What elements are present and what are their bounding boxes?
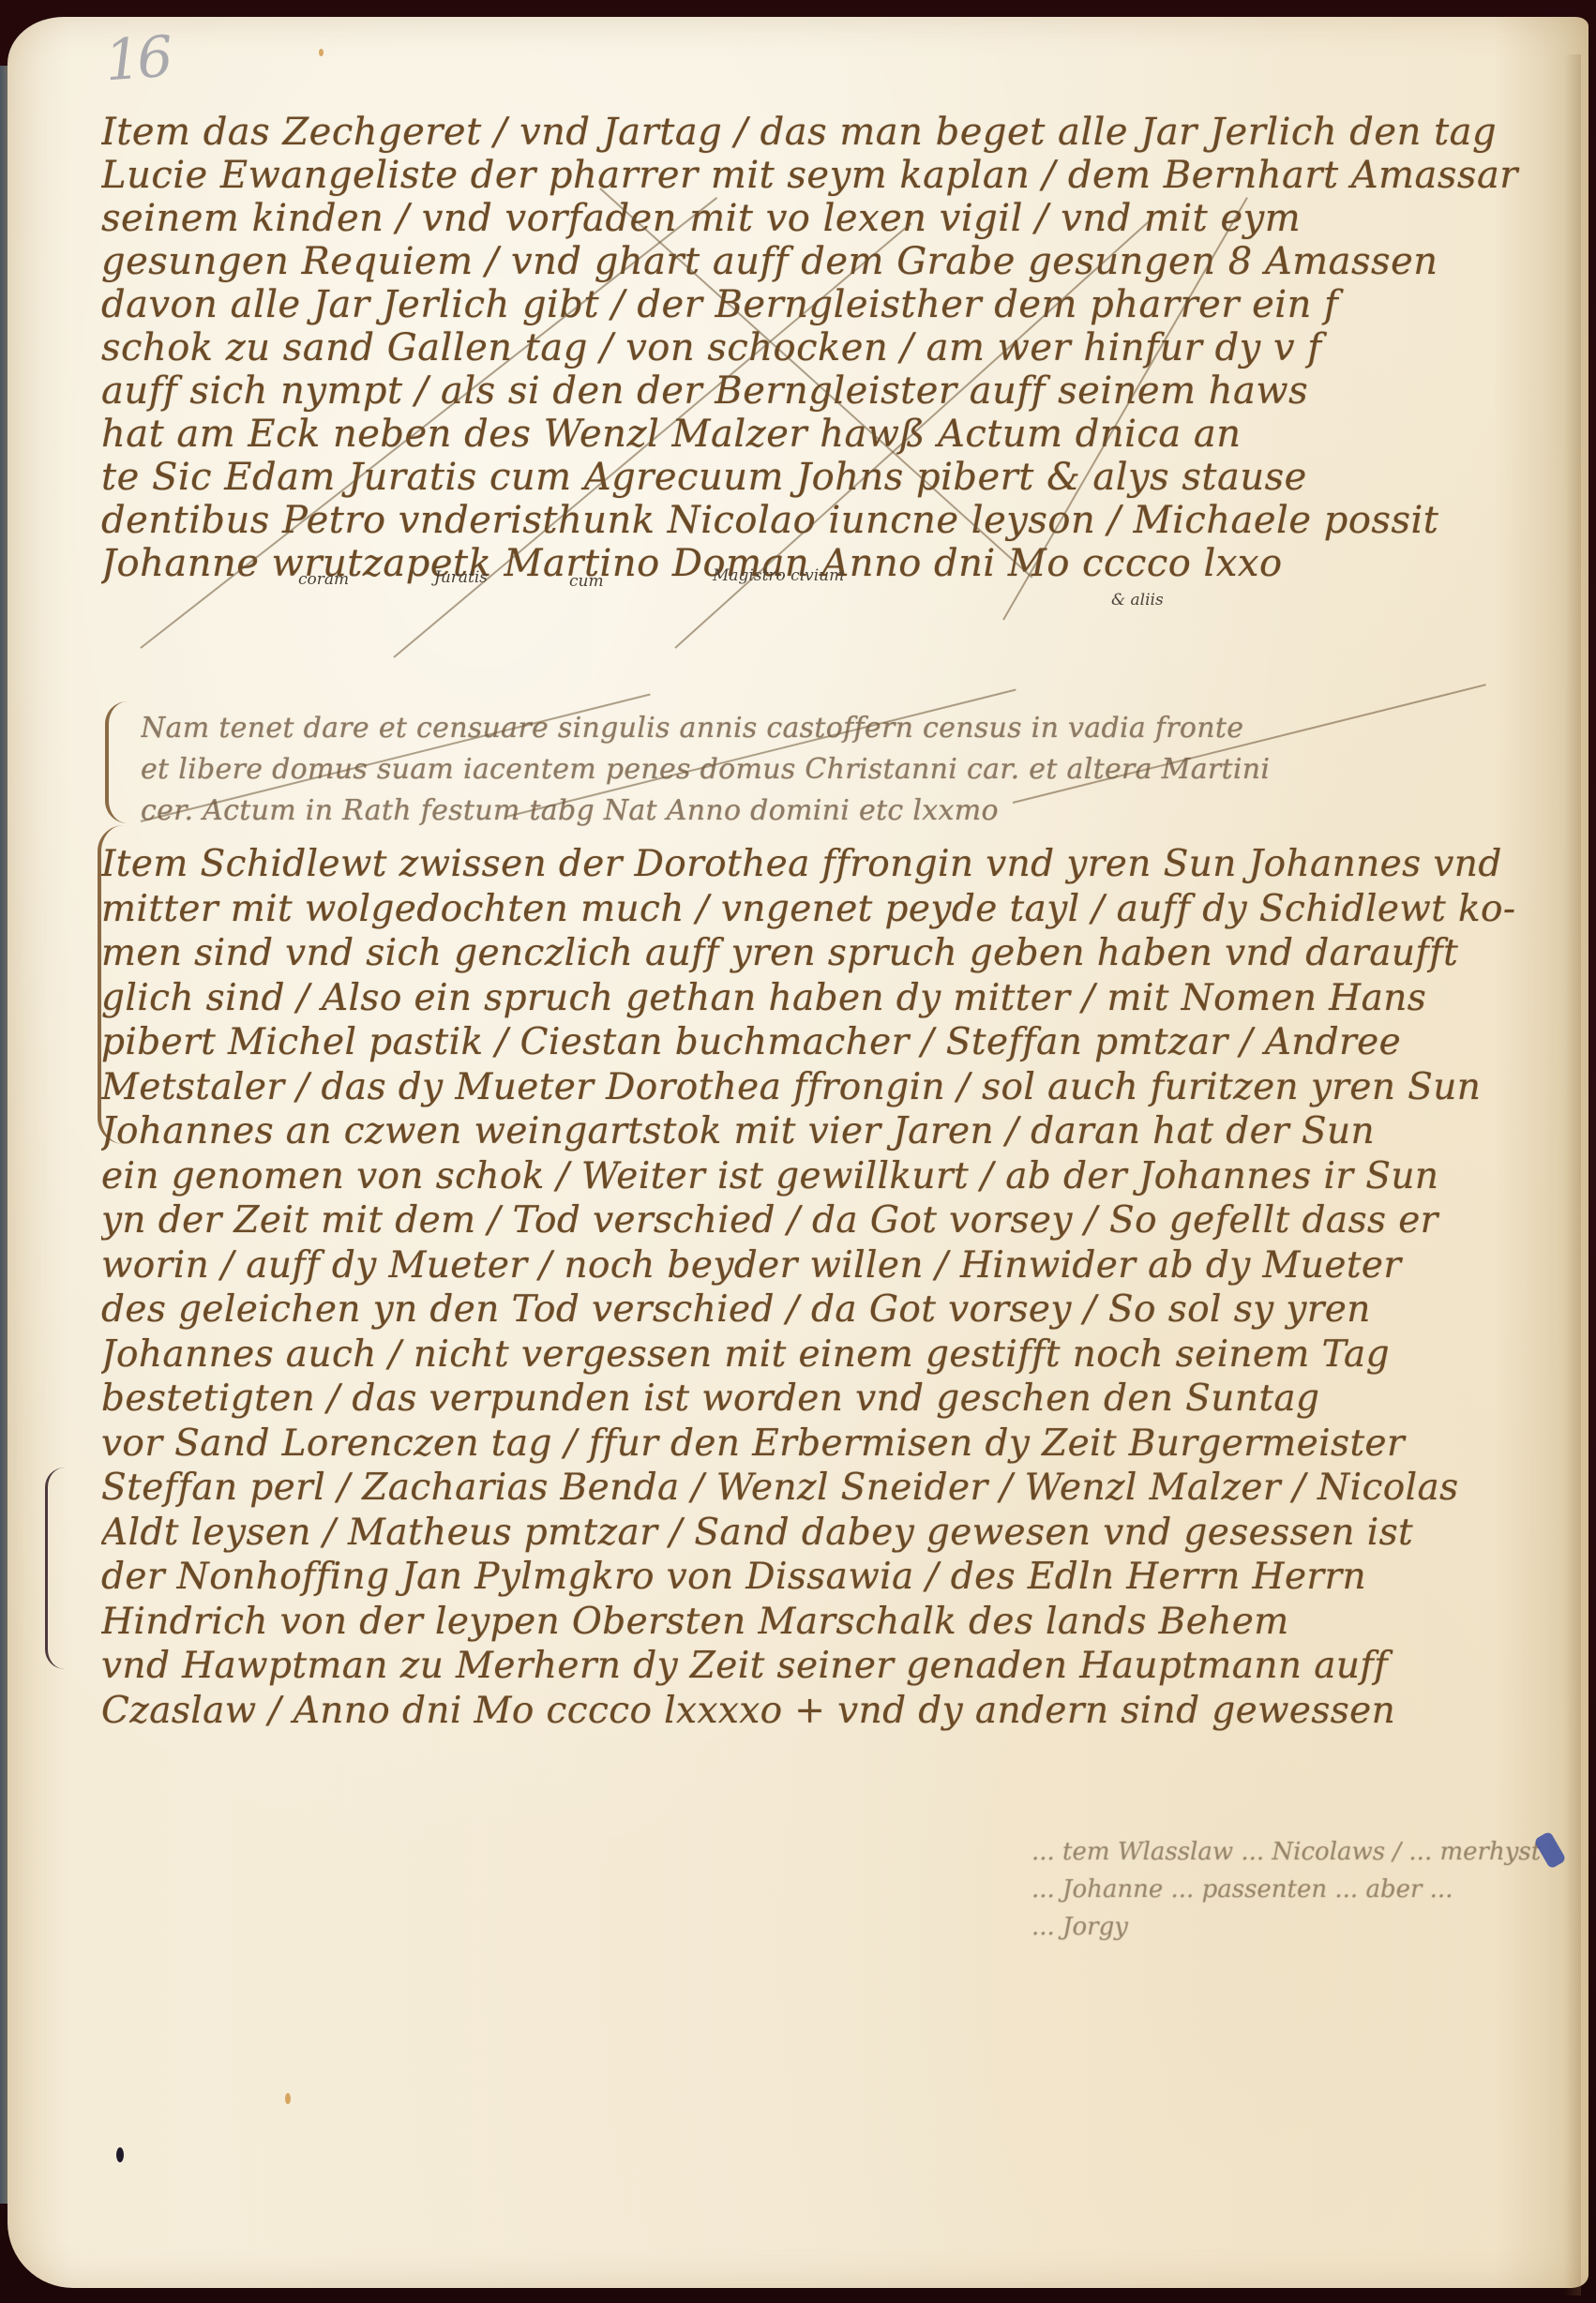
- manuscript-line: des geleichen yn den Tod verschied / da …: [101, 1287, 1564, 1332]
- bleed-line: ... tem Wlasslaw ... Nicolaws / ... merh…: [1031, 1833, 1557, 1871]
- manuscript-line: Czaslaw / Anno dni Mo cccco lxxxxo + vnd…: [101, 1689, 1564, 1734]
- manuscript-scan: 16 Item das Zechgeret / vnd Jartag / das…: [0, 0, 1596, 2303]
- manuscript-line: vor Sand Lorenczen tag / ffur den Erberm…: [101, 1422, 1564, 1467]
- manuscript-line: Item das Zechgeret / vnd Jartag / das ma…: [101, 111, 1564, 154]
- manuscript-line: bestetigten / das verpunden ist worden v…: [101, 1377, 1564, 1422]
- manuscript-line: men sind vnd sich genczlich auff yren sp…: [101, 931, 1564, 976]
- foxing-stain: [319, 49, 324, 56]
- manuscript-line: seinem kinden / vnd vorfaden mit vo lexe…: [101, 197, 1564, 240]
- manuscript-line: yn der Zeit mit dem / Tod verschied / da…: [101, 1198, 1564, 1243]
- paragraph-arbitration-entry: Item Schidlewt zwissen der Dorothea ffro…: [101, 842, 1564, 1733]
- manuscript-line: auff sich nympt / als si den der Berngle…: [101, 369, 1564, 413]
- foxing-stain: [285, 2093, 291, 2104]
- manuscript-line: Johannes an czwen weingartstok mit vier …: [101, 1109, 1564, 1154]
- manuscript-line: Johannes auch / nicht vergessen mit eine…: [101, 1332, 1564, 1377]
- ink-blot: [116, 2147, 124, 2162]
- manuscript-line: hat am Eck neben des Wenzl Malzer hawß A…: [101, 413, 1564, 456]
- manuscript-line: gesungen Requiem / vnd ghart auff dem Gr…: [101, 240, 1564, 283]
- manuscript-line: Item Schidlewt zwissen der Dorothea ffro…: [101, 842, 1564, 887]
- manuscript-line: Steffan perl / Zacharias Benda / Wenzl S…: [101, 1466, 1564, 1511]
- manuscript-line: worin / auff dy Mueter / noch beyder wil…: [101, 1243, 1564, 1288]
- interlinear-gloss: coram: [298, 570, 349, 589]
- bleed-through-text: ... tem Wlasslaw ... Nicolaws / ... merh…: [1031, 1833, 1557, 1946]
- folio-number: 16: [103, 24, 172, 95]
- manuscript-line: ein genomen von schok / Weiter ist gewil…: [101, 1154, 1564, 1199]
- paragraph-endowment-entry: Item das Zechgeret / vnd Jartag / das ma…: [101, 111, 1564, 585]
- manuscript-line: pibert Michel pastik / Ciestan buchmache…: [101, 1020, 1564, 1065]
- manuscript-line: Metstaler / das dy Mueter Dorothea ffron…: [101, 1065, 1564, 1110]
- interlinear-gloss: Magistro civium: [713, 566, 844, 585]
- interlinear-gloss: cum: [569, 572, 604, 591]
- interlinear-gloss: & aliis: [1111, 591, 1164, 610]
- manuscript-line: glich sind / Also ein spruch gethan habe…: [101, 976, 1564, 1021]
- manuscript-line: te Sic Edam Juratis cum Agrecuum Johns p…: [101, 456, 1564, 499]
- paragraph-bracket: [105, 701, 128, 823]
- manuscript-line: Lucie Ewangeliste der pharrer mit seym k…: [101, 154, 1564, 197]
- manuscript-line: mitter mit wolgedochten much / vngenet p…: [101, 887, 1564, 932]
- manuscript-line: Nam tenet dare et censuare singulis anni…: [141, 708, 1596, 749]
- bleed-line: ... Johanne ... passenten ... aber ...: [1031, 1871, 1557, 1908]
- margin-bracket-mark: [45, 1468, 65, 1669]
- manuscript-line: cer. Actum in Rath festum tabg Nat Anno …: [141, 790, 1596, 832]
- manuscript-line: vnd Hawptman zu Merhern dy Zeit seiner g…: [101, 1644, 1564, 1689]
- manuscript-line: Hindrich von der leypen Obersten Marscha…: [101, 1600, 1564, 1645]
- manuscript-line: Aldt leysen / Matheus pmtzar / Sand dabe…: [101, 1511, 1564, 1556]
- manuscript-line: et libere domus suam iacentem penes domu…: [141, 749, 1596, 790]
- manuscript-line: schok zu sand Gallen tag / von schocken …: [101, 326, 1564, 369]
- manuscript-line: der Nonhoffing Jan Pylmgkro von Dissawia…: [101, 1555, 1564, 1600]
- bleed-line: ... Jorgy: [1031, 1908, 1557, 1946]
- page-edge-shadow: [1564, 54, 1581, 2295]
